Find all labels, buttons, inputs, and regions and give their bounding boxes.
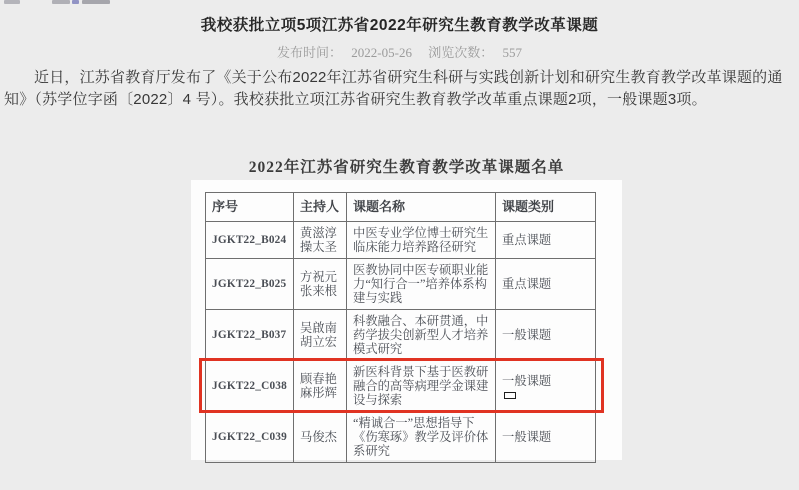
- category-label: 一般课题: [502, 430, 551, 444]
- attachment-block: 2022年江苏省研究生教育教学改革课题名单 序号 主持人 课题名称 课题类别 J…: [191, 155, 622, 460]
- project-title-cell: 医教协同中医专硕职业能力“知行合一”培养体系构建与实践: [347, 259, 496, 310]
- table-row: JGKT22_C038顾春艳麻彤辉新医科背景下基于医教研融合的高等病理学金课建设…: [206, 361, 596, 412]
- table-row: JGKT22_B025方祝元张来根医教协同中医专硕职业能力“知行合一”培养体系构…: [206, 259, 596, 310]
- category-cell: 重点课题: [496, 222, 596, 259]
- leader-name: 顾春艳: [300, 372, 340, 386]
- code-cell: JGKT22_B024: [206, 222, 294, 259]
- page-title: 我校获批立项5项江苏省2022年研究生教育教学改革课题: [0, 13, 799, 35]
- article-meta: 发布时间： 2022-05-26 浏览次数： 557: [0, 42, 799, 61]
- article-page: 我校获批立项5项江苏省2022年研究生教育教学改革课题 发布时间： 2022-0…: [0, 0, 799, 490]
- leader-name: 操太圣: [300, 240, 340, 254]
- meta-published-label: 发布时间：: [277, 45, 342, 60]
- meta-views-label: 浏览次数：: [428, 45, 493, 60]
- clipped-text-fragment: [82, 0, 110, 4]
- category-label: 一般课题: [502, 374, 551, 388]
- leaders-cell: 黄滋淳操太圣: [294, 222, 347, 259]
- article-paragraph: 近日，江苏省教育厅发布了《关于公布2022年江苏省研究生科研与实践创新计划和研究…: [4, 67, 795, 110]
- category-cell: 一般课题: [496, 310, 596, 361]
- project-title-cell: “精诚合一”思想指导下《伤寒琢》教学及评价体系研究: [347, 412, 496, 463]
- project-title-cell: 新医科背景下基于医教研融合的高等病理学金课建设与探索: [347, 361, 496, 412]
- project-title-cell: 科教融合、本研贯通，中药学拔尖创新型人才培养模式研究: [347, 310, 496, 361]
- project-title-cell: 中医专业学位博士研究生临床能力培养路径研究: [347, 222, 496, 259]
- square-marker-icon: [504, 392, 516, 399]
- category-label: 一般课题: [502, 328, 551, 342]
- leader-name: 黄滋淳: [300, 226, 340, 240]
- code-cell: JGKT22_B025: [206, 259, 294, 310]
- leaders-cell: 顾春艳麻彤辉: [294, 361, 347, 412]
- category-cell: 一般课题: [496, 361, 596, 412]
- code-cell: JGKT22_C039: [206, 412, 294, 463]
- clipped-text-fragment: [52, 0, 70, 4]
- leaders-cell: 马俊杰: [294, 412, 347, 463]
- header-cell-category: 课题类别: [496, 193, 596, 222]
- category-label: 重点课题: [502, 277, 551, 291]
- clipped-top-nav: [0, 0, 799, 5]
- category-cell: 重点课题: [496, 259, 596, 310]
- leader-name: 胡立宏: [300, 335, 340, 349]
- table-caption: 2022年江苏省研究生教育教学改革课题名单: [191, 155, 622, 177]
- table-row: JGKT22_B024黄滋淳操太圣中医专业学位博士研究生临床能力培养路径研究重点…: [206, 222, 596, 259]
- table-body: JGKT22_B024黄滋淳操太圣中医专业学位博士研究生临床能力培养路径研究重点…: [206, 222, 596, 463]
- leader-name: 马俊杰: [300, 430, 340, 444]
- leader-name: 麻彤辉: [300, 386, 340, 400]
- meta-views-count: 557: [502, 45, 522, 60]
- code-cell: JGKT22_B037: [206, 310, 294, 361]
- leaders-cell: 吴啟南胡立宏: [294, 310, 347, 361]
- header-cell-leader: 主持人: [294, 193, 347, 222]
- table-row: JGKT22_B037吴啟南胡立宏科教融合、本研贯通，中药学拔尖创新型人才培养模…: [206, 310, 596, 361]
- header-cell-code: 序号: [206, 193, 294, 222]
- clipped-link-fragment[interactable]: [72, 0, 79, 4]
- code-cell: JGKT22_C038: [206, 361, 294, 412]
- leader-name: 方祝元: [300, 270, 340, 284]
- leader-name: 吴啟南: [300, 321, 340, 335]
- table-row: JGKT22_C039马俊杰“精诚合一”思想指导下《伤寒琢》教学及评价体系研究一…: [206, 412, 596, 463]
- category-label: 重点课题: [502, 233, 551, 247]
- project-table: 序号 主持人 课题名称 课题类别 JGKT22_B024黄滋淳操太圣中医专业学位…: [205, 192, 596, 463]
- header-cell-title: 课题名称: [347, 193, 496, 222]
- clipped-text-fragment: [4, 0, 20, 4]
- category-cell: 一般课题: [496, 412, 596, 463]
- scanned-table-image: 序号 主持人 课题名称 课题类别 JGKT22_B024黄滋淳操太圣中医专业学位…: [191, 180, 622, 460]
- leaders-cell: 方祝元张来根: [294, 259, 347, 310]
- table-header-row: 序号 主持人 课题名称 课题类别: [206, 193, 596, 222]
- leader-name: 张来根: [300, 284, 340, 298]
- meta-published-date: 2022-05-26: [351, 45, 412, 60]
